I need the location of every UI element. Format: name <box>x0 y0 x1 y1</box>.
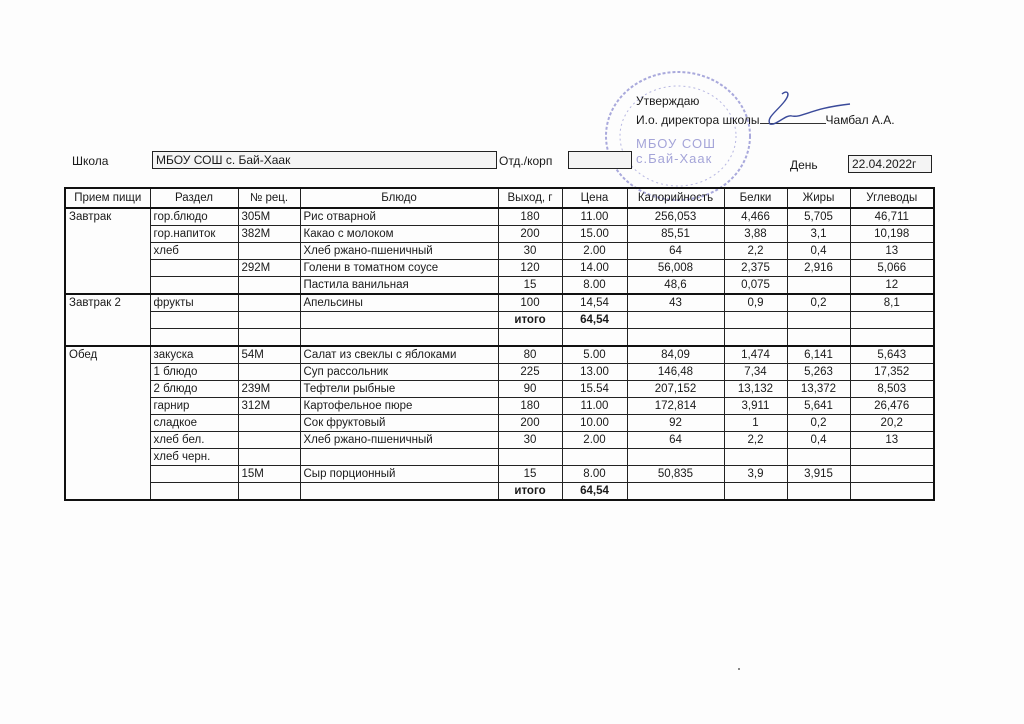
table-row: 292МГолени в томатном соусе12014.0056,00… <box>65 260 934 277</box>
fat-cell <box>787 329 850 347</box>
dish-cell: Сок фруктовый <box>300 415 498 432</box>
carbs-cell: 8,503 <box>850 381 934 398</box>
day-label: День <box>790 158 818 172</box>
price-cell <box>562 329 627 347</box>
dish-cell: Хлеб ржано-пшеничный <box>300 243 498 260</box>
protein-cell: 7,34 <box>724 364 787 381</box>
kcal-cell <box>627 449 724 466</box>
day-field[interactable]: 22.04.2022г <box>848 155 932 173</box>
column-header-carbs: Углеводы <box>850 188 934 208</box>
table-row: итого64,54 <box>65 483 934 501</box>
column-header-section: Раздел <box>150 188 238 208</box>
kcal-cell: 172,814 <box>627 398 724 415</box>
kcal-cell: 43 <box>627 294 724 312</box>
dish-cell: Какао с молоком <box>300 226 498 243</box>
section-cell <box>150 466 238 483</box>
carbs-cell: 20,2 <box>850 415 934 432</box>
table-row: 1 блюдоСуп рассольник22513.00146,487,345… <box>65 364 934 381</box>
recipe-cell: 239М <box>238 381 300 398</box>
section-cell: хлеб бел. <box>150 432 238 449</box>
menu-table: Прием пищиРаздел№ рец.БлюдоВыход, гЦенаК… <box>64 187 935 501</box>
dish-cell: Сыр порционный <box>300 466 498 483</box>
yield-cell: 180 <box>498 398 562 415</box>
table-row: Завтрак 2фруктыАпельсины10014,54430,90,2… <box>65 294 934 312</box>
recipe-cell: 382М <box>238 226 300 243</box>
recipe-cell <box>238 415 300 432</box>
table-row <box>65 329 934 347</box>
carbs-cell: 13 <box>850 243 934 260</box>
column-header-yield: Выход, г <box>498 188 562 208</box>
fat-cell: 0,2 <box>787 294 850 312</box>
fat-cell: 5,705 <box>787 208 850 226</box>
protein-cell: 13,132 <box>724 381 787 398</box>
stamp-text: МБОУ СОШ с.Бай-Хаак <box>636 136 716 166</box>
fat-cell <box>787 277 850 295</box>
kcal-cell: 84,09 <box>627 346 724 364</box>
dish-cell: Суп рассольник <box>300 364 498 381</box>
price-cell: 11.00 <box>562 398 627 415</box>
column-header-dish: Блюдо <box>300 188 498 208</box>
kcal-cell: 207,152 <box>627 381 724 398</box>
yield-cell: итого <box>498 483 562 501</box>
kcal-cell <box>627 483 724 501</box>
recipe-cell: 292М <box>238 260 300 277</box>
recipe-cell <box>238 432 300 449</box>
recipe-cell <box>238 312 300 329</box>
recipe-cell: 312М <box>238 398 300 415</box>
dish-cell <box>300 329 498 347</box>
fat-cell: 2,916 <box>787 260 850 277</box>
protein-cell: 0,9 <box>724 294 787 312</box>
fat-cell: 6,141 <box>787 346 850 364</box>
protein-cell <box>724 449 787 466</box>
kcal-cell: 64 <box>627 432 724 449</box>
carbs-cell: 17,352 <box>850 364 934 381</box>
table-row: хлеб бел.Хлеб ржано-пшеничный302.00642,2… <box>65 432 934 449</box>
dish-cell: Салат из свеклы с яблоками <box>300 346 498 364</box>
fat-cell <box>787 483 850 501</box>
kcal-cell: 56,008 <box>627 260 724 277</box>
kcal-cell <box>627 312 724 329</box>
fat-cell: 13,372 <box>787 381 850 398</box>
table-row: сладкоеСок фруктовый20010.009210,220,2 <box>65 415 934 432</box>
recipe-cell <box>238 329 300 347</box>
kcal-cell: 256,053 <box>627 208 724 226</box>
kcal-cell: 146,48 <box>627 364 724 381</box>
stamp-line-2: с.Бай-Хаак <box>636 151 716 166</box>
meal-cell: Завтрак 2 <box>65 294 150 346</box>
protein-cell: 4,466 <box>724 208 787 226</box>
section-cell <box>150 260 238 277</box>
approver-position: И.о. директора школы <box>636 113 760 127</box>
school-stamp <box>596 64 756 204</box>
carbs-cell: 5,643 <box>850 346 934 364</box>
table-row: итого64,54 <box>65 312 934 329</box>
column-header-kcal: Калорийность <box>627 188 724 208</box>
table-row: Обедзакуска54МСалат из свеклы с яблоками… <box>65 346 934 364</box>
yield-cell: 225 <box>498 364 562 381</box>
section-cell <box>150 483 238 501</box>
section-cell <box>150 312 238 329</box>
table-row: 15МСыр порционный158.0050,8353,93,915 <box>65 466 934 483</box>
protein-cell <box>724 312 787 329</box>
section-cell: хлеб черн. <box>150 449 238 466</box>
section-cell: закуска <box>150 346 238 364</box>
recipe-cell: 54М <box>238 346 300 364</box>
section-cell <box>150 277 238 295</box>
scan-speck <box>738 668 740 670</box>
protein-cell: 2,375 <box>724 260 787 277</box>
price-cell: 13.00 <box>562 364 627 381</box>
fat-cell: 0,4 <box>787 432 850 449</box>
fat-cell: 0,2 <box>787 415 850 432</box>
section-cell: 1 блюдо <box>150 364 238 381</box>
yield-cell: 15 <box>498 466 562 483</box>
carbs-cell: 13 <box>850 432 934 449</box>
recipe-cell <box>238 294 300 312</box>
price-cell: 11.00 <box>562 208 627 226</box>
price-cell: 8.00 <box>562 466 627 483</box>
recipe-cell: 15М <box>238 466 300 483</box>
protein-cell: 3,911 <box>724 398 787 415</box>
yield-cell: 120 <box>498 260 562 277</box>
yield-cell: 30 <box>498 243 562 260</box>
fat-cell <box>787 449 850 466</box>
table-row: 2 блюдо239МТефтели рыбные9015.54207,1521… <box>65 381 934 398</box>
price-cell: 2.00 <box>562 243 627 260</box>
price-cell <box>562 449 627 466</box>
table-row: Пастила ванильная158.0048,60,07512 <box>65 277 934 295</box>
recipe-cell <box>238 483 300 501</box>
section-cell: гор.напиток <box>150 226 238 243</box>
carbs-cell <box>850 466 934 483</box>
carbs-cell <box>850 449 934 466</box>
carbs-cell: 12 <box>850 277 934 295</box>
section-cell: хлеб <box>150 243 238 260</box>
protein-cell <box>724 483 787 501</box>
protein-cell: 1 <box>724 415 787 432</box>
section-cell: 2 блюдо <box>150 381 238 398</box>
signature-icon <box>762 88 852 128</box>
price-cell: 8.00 <box>562 277 627 295</box>
yield-cell: 30 <box>498 432 562 449</box>
table-row: Завтракгор.блюдо305МРис отварной18011.00… <box>65 208 934 226</box>
column-header-price: Цена <box>562 188 627 208</box>
table-row: гор.напиток382МКакао с молоком20015.0085… <box>65 226 934 243</box>
price-cell: 2.00 <box>562 432 627 449</box>
fat-cell: 3,915 <box>787 466 850 483</box>
kcal-cell: 64 <box>627 243 724 260</box>
protein-cell: 3,88 <box>724 226 787 243</box>
yield-cell: 200 <box>498 226 562 243</box>
fat-cell: 0,4 <box>787 243 850 260</box>
recipe-cell <box>238 277 300 295</box>
yield-cell: 15 <box>498 277 562 295</box>
dish-cell: Тефтели рыбные <box>300 381 498 398</box>
yield-cell: 100 <box>498 294 562 312</box>
price-cell: 14.00 <box>562 260 627 277</box>
protein-cell: 2,2 <box>724 432 787 449</box>
kcal-cell: 85,51 <box>627 226 724 243</box>
recipe-cell <box>238 449 300 466</box>
dish-cell: Рис отварной <box>300 208 498 226</box>
column-header-protein: Белки <box>724 188 787 208</box>
yield-cell <box>498 329 562 347</box>
price-cell: 15.00 <box>562 226 627 243</box>
carbs-cell: 10,198 <box>850 226 934 243</box>
section-cell: сладкое <box>150 415 238 432</box>
price-cell: 64,54 <box>562 483 627 501</box>
kcal-cell: 92 <box>627 415 724 432</box>
kcal-cell: 48,6 <box>627 277 724 295</box>
column-header-meal: Прием пищи <box>65 188 150 208</box>
dish-cell: Картофельное пюре <box>300 398 498 415</box>
dept-field[interactable] <box>568 151 632 169</box>
dept-label: Отд./корп <box>499 154 552 168</box>
table-row: хлебХлеб ржано-пшеничный302.00642,20,413 <box>65 243 934 260</box>
school-field[interactable]: МБОУ СОШ с. Бай-Хаак <box>152 151 497 169</box>
dish-cell <box>300 449 498 466</box>
protein-cell: 3,9 <box>724 466 787 483</box>
table-row: хлеб черн. <box>65 449 934 466</box>
fat-cell <box>787 312 850 329</box>
dish-cell <box>300 312 498 329</box>
price-cell: 15.54 <box>562 381 627 398</box>
price-cell: 64,54 <box>562 312 627 329</box>
column-header-fat: Жиры <box>787 188 850 208</box>
price-cell: 14,54 <box>562 294 627 312</box>
yield-cell: 80 <box>498 346 562 364</box>
carbs-cell: 26,476 <box>850 398 934 415</box>
recipe-cell <box>238 364 300 381</box>
section-cell: гарнир <box>150 398 238 415</box>
meal-cell: Завтрак <box>65 208 150 294</box>
section-cell: фрукты <box>150 294 238 312</box>
yield-cell: итого <box>498 312 562 329</box>
dish-cell <box>300 483 498 501</box>
carbs-cell <box>850 483 934 501</box>
kcal-cell: 50,835 <box>627 466 724 483</box>
section-cell: гор.блюдо <box>150 208 238 226</box>
recipe-cell: 305М <box>238 208 300 226</box>
fat-cell: 3,1 <box>787 226 850 243</box>
fat-cell: 5,641 <box>787 398 850 415</box>
table-row: гарнир312МКартофельное пюре18011.00172,8… <box>65 398 934 415</box>
carbs-cell: 8,1 <box>850 294 934 312</box>
yield-cell: 180 <box>498 208 562 226</box>
stamp-line-1: МБОУ СОШ <box>636 136 716 151</box>
protein-cell: 2,2 <box>724 243 787 260</box>
column-header-recipe: № рец. <box>238 188 300 208</box>
price-cell: 10.00 <box>562 415 627 432</box>
table-header-row: Прием пищиРаздел№ рец.БлюдоВыход, гЦенаК… <box>65 188 934 208</box>
section-cell <box>150 329 238 347</box>
yield-cell: 200 <box>498 415 562 432</box>
carbs-cell <box>850 329 934 347</box>
school-label: Школа <box>72 154 108 168</box>
price-cell: 5.00 <box>562 346 627 364</box>
fat-cell: 5,263 <box>787 364 850 381</box>
meal-cell: Обед <box>65 346 150 500</box>
protein-cell <box>724 329 787 347</box>
dish-cell: Апельсины <box>300 294 498 312</box>
recipe-cell <box>238 243 300 260</box>
yield-cell <box>498 449 562 466</box>
carbs-cell: 5,066 <box>850 260 934 277</box>
kcal-cell <box>627 329 724 347</box>
carbs-cell <box>850 312 934 329</box>
dish-cell: Пастила ванильная <box>300 277 498 295</box>
yield-cell: 90 <box>498 381 562 398</box>
protein-cell: 0,075 <box>724 277 787 295</box>
protein-cell: 1,474 <box>724 346 787 364</box>
carbs-cell: 46,711 <box>850 208 934 226</box>
dish-cell: Голени в томатном соусе <box>300 260 498 277</box>
dish-cell: Хлеб ржано-пшеничный <box>300 432 498 449</box>
